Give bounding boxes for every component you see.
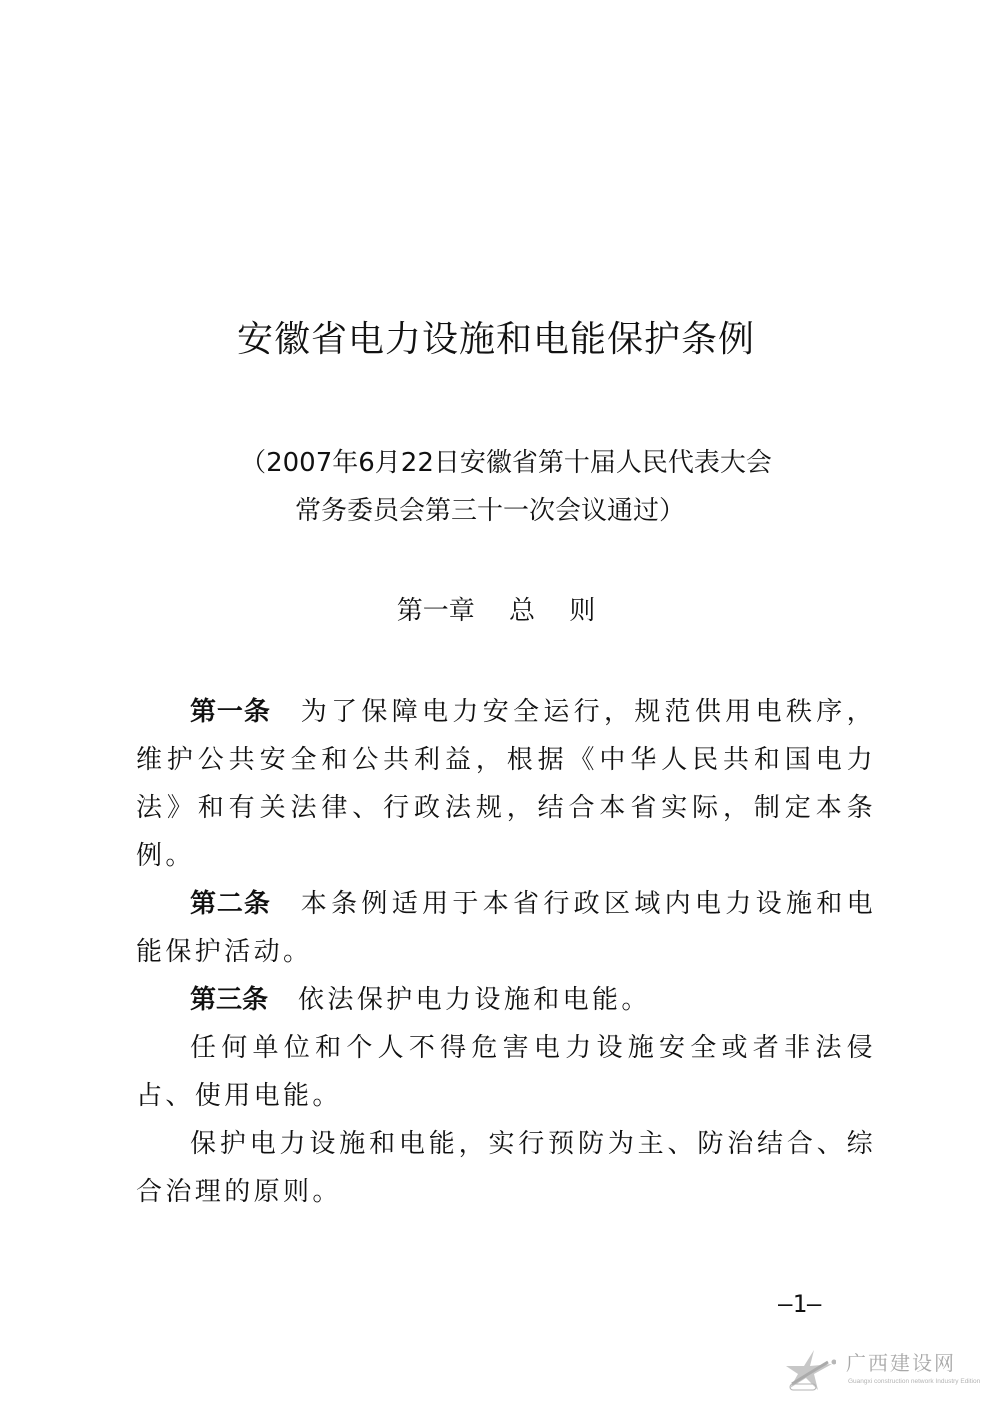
article-3-clause-3: 保护电力设施和电能，实行预防为主、防治结合、综合治理的原则。 (136, 1120, 876, 1216)
article-1: 第一条为了保障电力安全运行，规范供用电秩序，维护公共安全和公共利益，根据《中华人… (136, 688, 876, 880)
paragraph-text: 任何单位和个人不得危害电力设施安全或者非法侵占、使用电能。 (136, 1033, 876, 1111)
page-title: 安徽省电力设施和电能保护条例 (0, 318, 992, 362)
adoption-note-line-1: （2007年6月22日安徽省第十届人民代表大会 (10, 446, 992, 480)
article-label: 第三条 (190, 985, 268, 1015)
adoption-note-line-2: 常务委员会第三十一次会议通过） (0, 494, 986, 528)
article-2: 第二条本条例适用于本省行政区域内电力设施和电能保护活动。 (136, 880, 876, 976)
article-text: 依法保护电力设施和电能。 (298, 985, 651, 1015)
watermark-name-en: Guangxi construction network Industry Ed… (848, 1378, 980, 1386)
watermark: 广西建设网 Guangxi construction network Indus… (784, 1346, 984, 1396)
star-logo-icon (784, 1348, 836, 1392)
article-3: 第三条依法保护电力设施和电能。 (136, 976, 876, 1024)
chapter-heading: 第一章 总 则 (0, 594, 992, 628)
article-label: 第二条 (190, 889, 271, 919)
article-3-clause-2: 任何单位和个人不得危害电力设施安全或者非法侵占、使用电能。 (136, 1024, 876, 1120)
article-body: 第一条为了保障电力安全运行，规范供用电秩序，维护公共安全和公共利益，根据《中华人… (136, 688, 876, 1216)
paragraph-text: 保护电力设施和电能，实行预防为主、防治结合、综合治理的原则。 (136, 1129, 876, 1207)
watermark-name-cn: 广西建设网 (846, 1352, 956, 1374)
page-number: —1— (778, 1290, 821, 1318)
article-label: 第一条 (190, 697, 271, 727)
